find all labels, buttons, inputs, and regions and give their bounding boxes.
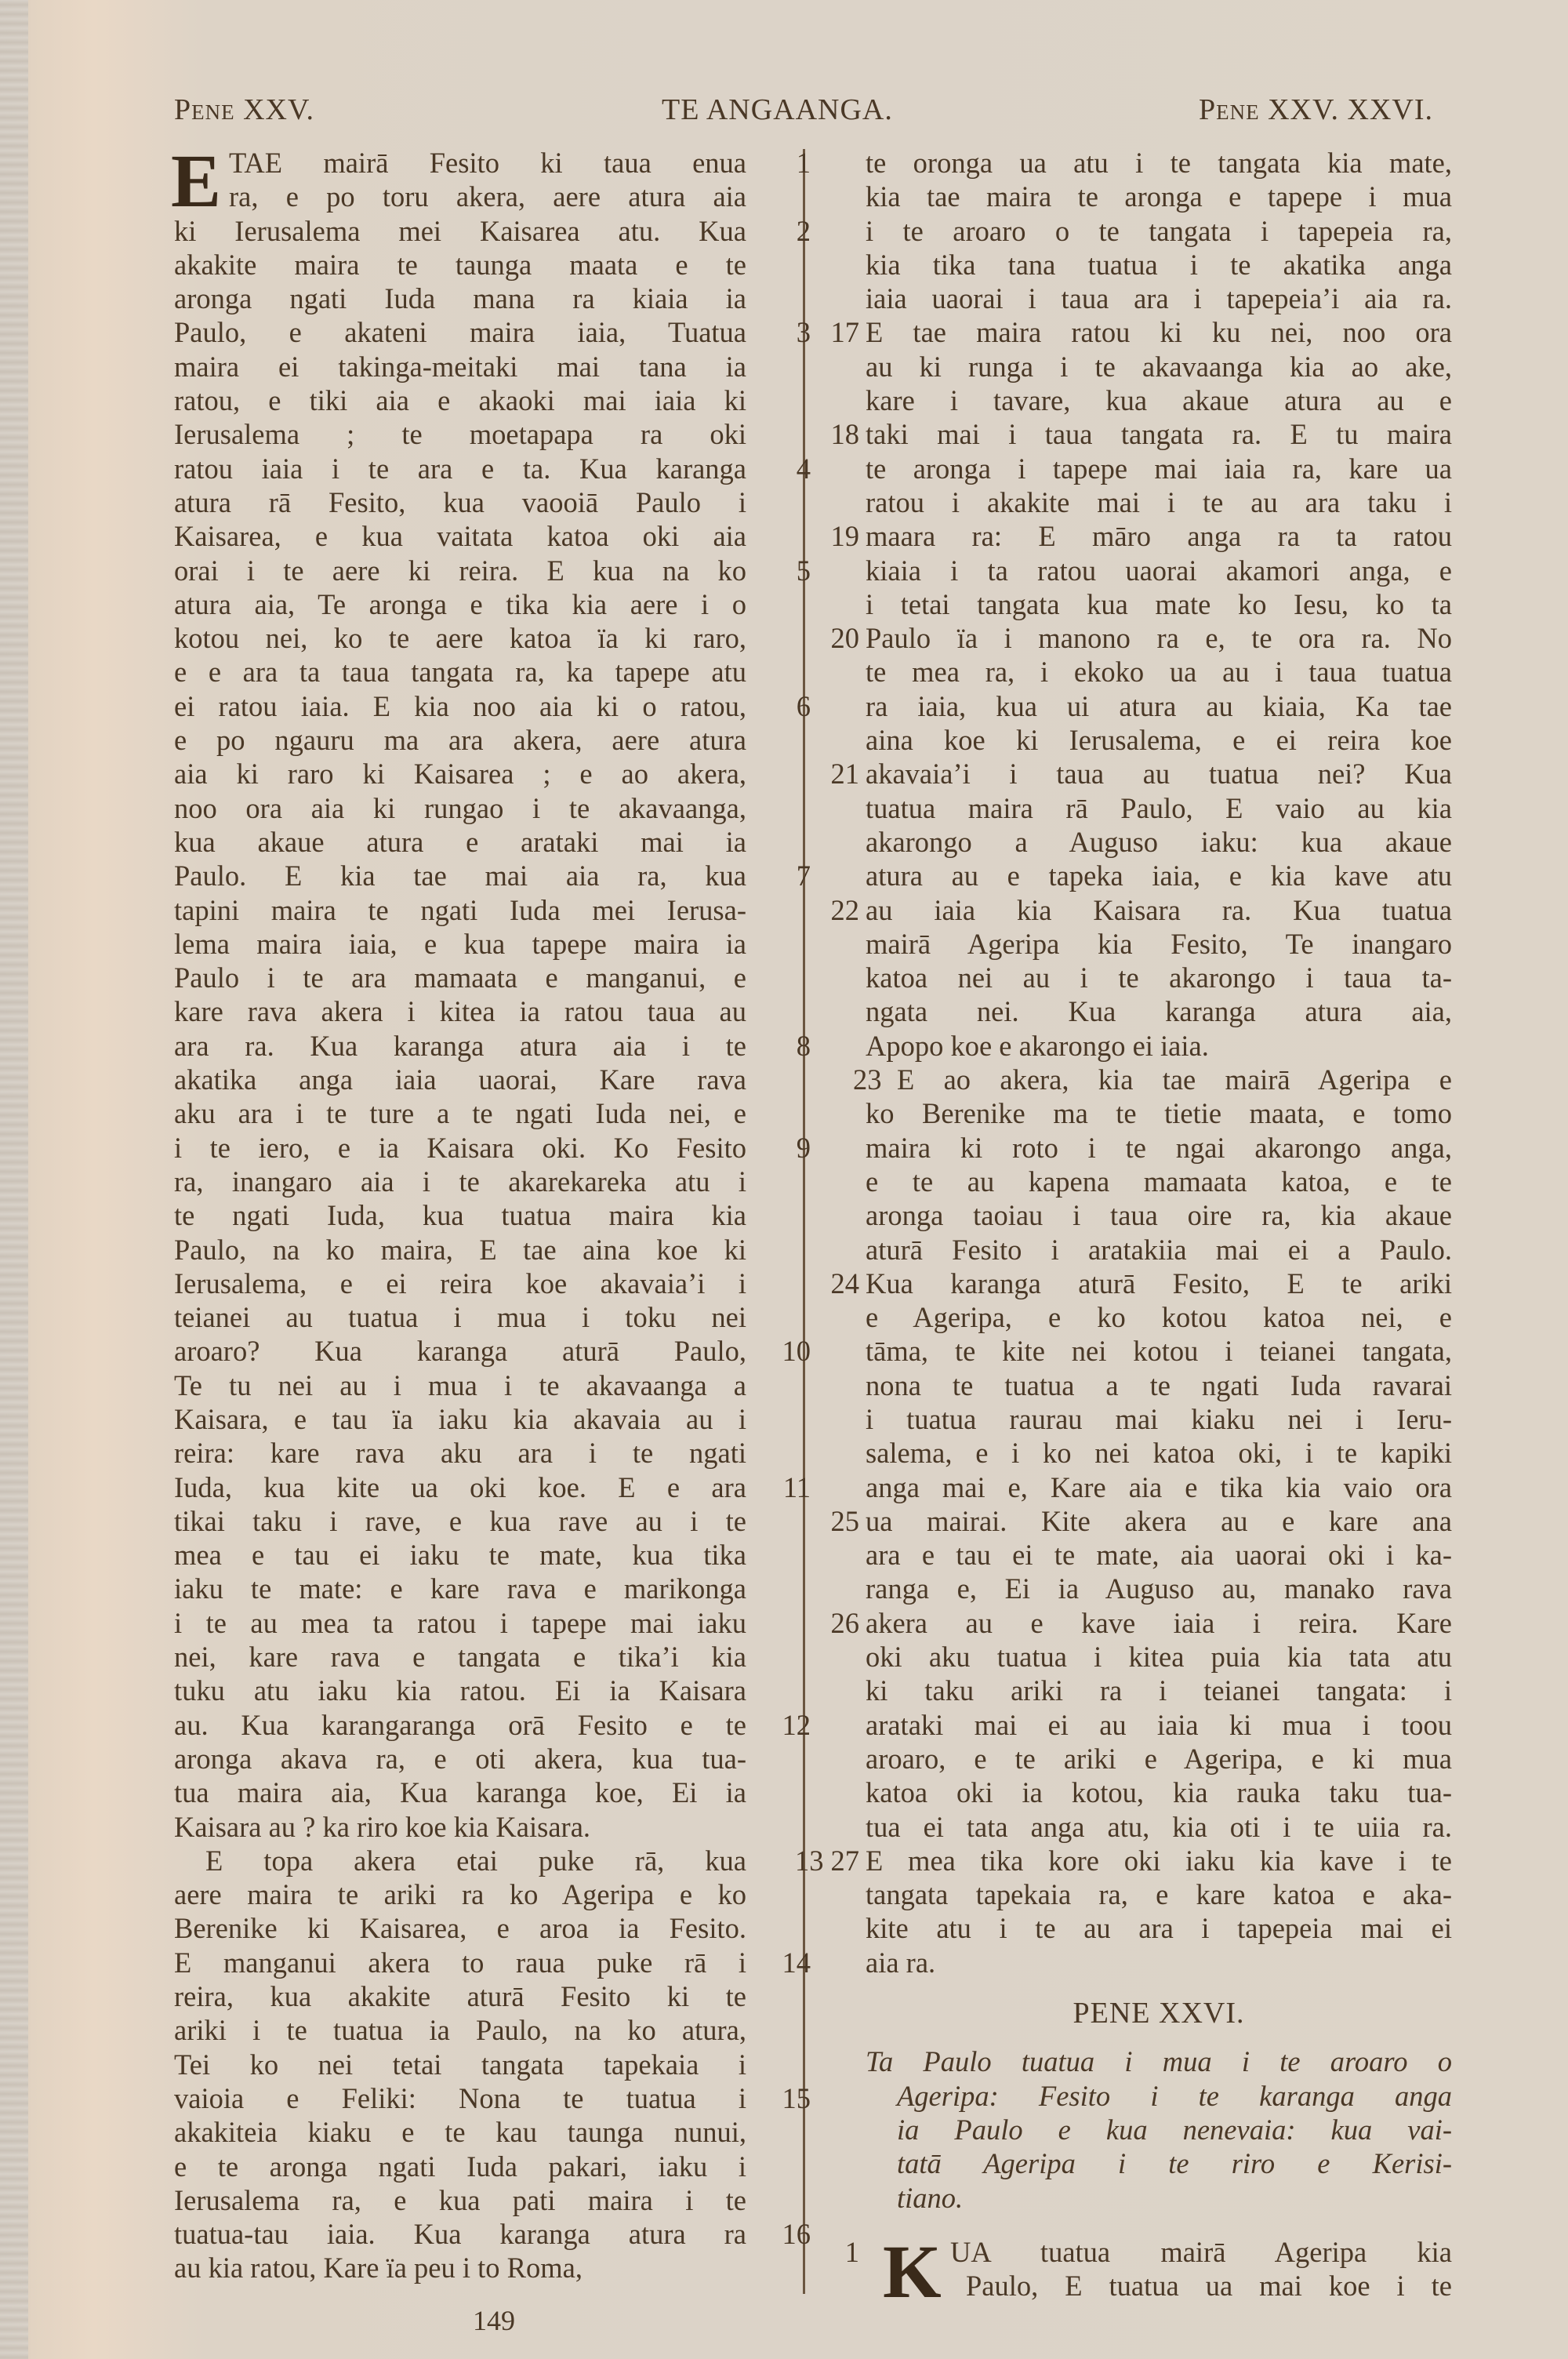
verse-number: 13 xyxy=(764,1844,811,1877)
line-text: ei ratou iaia. E kia noo aia ki o ratou, xyxy=(174,690,746,722)
line-text: akatika anga iaia uaorai, Kare rava xyxy=(174,1063,746,1096)
line-text: noo ora aia ki rungao i te akavaanga, xyxy=(174,792,746,824)
text-line: akakiteia kiaku e te kau taunga nunui, xyxy=(174,2115,746,2149)
line-text: akarongo a Auguso iaku: kua akaue xyxy=(866,826,1452,858)
line-text: e po ngauru ma ara akera, aere atura xyxy=(174,724,746,756)
line-text: e e ara ta taua tangata ra, ka tapepe at… xyxy=(174,656,746,688)
line-text: ngata nei. Kua karanga atura aia, xyxy=(866,995,1452,1027)
line-text: Ierusalema ; te moetapapa ra oki xyxy=(174,418,746,450)
text-line: Ierusalema, e ei reira koe akavaia’i i xyxy=(174,1267,746,1300)
verse-number: 18 xyxy=(822,417,859,451)
line-text: tuatua-tau iaia. Kua karanga atura ra xyxy=(174,2218,746,2250)
text-line: Iuda, kua kite ua oki koe. E e ara11 xyxy=(174,1470,746,1504)
line-text: aere maira te ariki ra ko Ageripa e ko xyxy=(174,1878,746,1910)
line-text: lema maira iaia, e kua tapepe maira ia xyxy=(174,928,746,960)
text-line: tua ei tata anga atu, kia oti i te uiia … xyxy=(833,1810,1452,1844)
line-text: aronga akava ra, e oti akera, kua tua- xyxy=(174,1743,746,1775)
line-text: E tae maira ratou ki ku nei, noo ora xyxy=(866,316,1452,348)
text-line: mairā Ageripa kia Fesito, Te inangaro xyxy=(833,927,1452,961)
text-line: i tuatua raurau mai kiaku nei i Ieru- xyxy=(833,1402,1452,1436)
line-text: arataki mai ei au iaia ki mua i toou xyxy=(866,1709,1452,1741)
text-line: ngata nei. Kua karanga atura aia, xyxy=(833,994,1452,1028)
text-line: e te au kapena mamaata katoa, e te xyxy=(833,1165,1452,1198)
text-line: Te tu nei au i mua i te akavaanga a xyxy=(174,1369,746,1402)
text-line: lema maira iaia, e kua tapepe maira ia xyxy=(174,927,746,961)
previous-page-edge xyxy=(0,0,28,2359)
text-line: ra iaia, kua ui atura au kiaia, Ka tae xyxy=(833,689,1452,723)
line-text: TAE mairā Fesito ki taua enua xyxy=(229,147,746,179)
verse-number: 23 xyxy=(822,1063,859,1096)
text-line: mea e tau ei iaku te mate, kua tika xyxy=(174,1538,746,1572)
line-text: Tei ko nei tetai tangata tapekaia i xyxy=(174,2048,746,2081)
chapter-heading: PENE XXVI. xyxy=(833,1997,1452,2030)
text-line: Ageripa: Fesito i te karanga anga xyxy=(833,2079,1452,2113)
verse-number: 7 xyxy=(764,859,811,892)
line-text: aturā Fesito i aratakiia mai ei a Paulo. xyxy=(866,1234,1452,1266)
text-line: e po ngauru ma ara akera, aere atura xyxy=(174,723,746,757)
text-line: reira: kare rava aku ara i te ngati xyxy=(174,1436,746,1470)
text-line: tāma, te kite nei kotou i teianei tangat… xyxy=(833,1334,1452,1368)
text-line: ara ra. Kua karanga atura aia i te8 xyxy=(174,1029,746,1063)
text-line: iaku te mate: e kare rava e marikonga xyxy=(174,1572,746,1605)
line-text: aronga ngati Iuda mana ra kiaia ia xyxy=(174,282,746,314)
text-line: te aronga i tapepe mai iaia ra, kare ua xyxy=(833,452,1452,485)
verse-number: 24 xyxy=(822,1267,859,1300)
text-line: kua akaue atura e arataki mai ia xyxy=(174,825,746,859)
line-text: UA tuatua mairā Ageripa kia xyxy=(950,2236,1452,2268)
text-line: tua maira aia, Kua karanga koe, Ei ia xyxy=(174,1776,746,1809)
verse-number: 1 xyxy=(822,2235,859,2269)
line-text: au kia ratou, Kare ïa peu i to Roma, xyxy=(174,2252,583,2284)
text-line: Paulo. E kia tae mai aia ra, kua7 xyxy=(174,859,746,892)
text-line: aturā Fesito i aratakiia mai ei a Paulo. xyxy=(833,1233,1452,1267)
text-line: Paulo, e akateni maira iaia, Tuatua3 xyxy=(174,315,746,349)
line-text: Kaisarea, e kua vaitata katoa oki aia xyxy=(174,520,746,552)
text-line: maara ra: E māro anga ra ta ratou19 xyxy=(833,519,1452,553)
line-text: akera au e kave iaia i reira. Kare xyxy=(866,1607,1452,1639)
text-line: E ao akera, kia tae mairā Ageripa e23 xyxy=(833,1063,1452,1096)
text-line: akatika anga iaia uaorai, Kare rava xyxy=(174,1063,746,1096)
text-line: au ki runga i te akavaanga kia ao ake, xyxy=(833,350,1452,383)
verse-number: 1 xyxy=(764,146,811,180)
line-text: oki aku tuatua i kitea puia kia tata atu xyxy=(866,1641,1452,1673)
text-line: Berenike ki Kaisarea, e aroa ia Fesito. xyxy=(174,1911,746,1945)
running-head-right: Pene XXV. XXVI. xyxy=(1199,93,1433,127)
line-text: Berenike ki Kaisarea, e aroa ia Fesito. xyxy=(174,1912,746,1944)
text-line: katoa nei au i te akarongo i taua ta- xyxy=(833,961,1452,994)
text-line: Kaisara au ? ka riro koe kia Kaisara. xyxy=(174,1810,746,1844)
line-text: reira: kare rava aku ara i te ngati xyxy=(174,1437,746,1469)
text-line: kiaia i ta ratou uaorai akamori anga, e xyxy=(833,554,1452,587)
line-text: maara ra: E māro anga ra ta ratou xyxy=(866,520,1452,552)
text-line: kare i tavare, kua akaue atura au e xyxy=(833,383,1452,417)
verse-number: 21 xyxy=(822,757,859,791)
line-text: kare i tavare, kua akaue atura au e xyxy=(866,384,1452,416)
verse-number: 20 xyxy=(822,621,859,655)
line-text: Apopo koe e akarongo ei iaia. xyxy=(866,1030,1209,1062)
line-text: nona te tuatua a te ngati Iuda ravarai xyxy=(866,1369,1452,1401)
line-text: Iuda, kua kite ua oki koe. E e ara xyxy=(174,1471,746,1503)
verse-number: 3 xyxy=(764,315,811,349)
text-line: kotou nei, ko te aere katoa ïa ki raro, xyxy=(174,621,746,655)
verse-number: 16 xyxy=(764,2217,811,2251)
line-text: Ierusalema ra, e kua pati maira i te xyxy=(174,2184,746,2216)
text-line: salema, e i ko nei katoa oki, i te kapik… xyxy=(833,1436,1452,1470)
line-text: e Ageripa, e ko kotou katoa nei, e xyxy=(866,1301,1452,1333)
text-line: akavaia’i i taua au tuatua nei? Kua21 xyxy=(833,757,1452,791)
text-line: noo ora aia ki rungao i te akavaanga, xyxy=(174,791,746,825)
line-text: ra iaia, kua ui atura au kiaia, Ka tae xyxy=(866,690,1452,722)
text-line: Ta Paulo tuatua i mua i te aroaro o xyxy=(833,2045,1452,2078)
line-text: ranga e, Ei ia Auguso au, manako rava xyxy=(866,1572,1452,1605)
line-text: tuku atu iaku kia ratou. Ei ia Kaisara xyxy=(174,1674,746,1707)
text-line: au. Kua karangaranga orā Fesito e te12 xyxy=(174,1708,746,1742)
line-text: ia Paulo e kua nenevaia: kua vai- xyxy=(897,2114,1452,2146)
line-text: ratou i akakite mai i te au ara taku i xyxy=(866,486,1452,518)
text-line: E topa akera etai puke rā, kua13 xyxy=(174,1844,746,1877)
line-text: atura au e tapeka iaia, e kia kave atu xyxy=(866,860,1452,892)
text-line: oki aku tuatua i kitea puia kia tata atu xyxy=(833,1640,1452,1674)
line-text: aronga taoiau i taua oire ra, kia akaue xyxy=(866,1199,1452,1231)
line-text: te oronga ua atu i te tangata kia mate, xyxy=(866,147,1452,179)
line-text: kite atu i te au ara i tapepeia mai ei xyxy=(866,1912,1452,1944)
line-text: iaia uaorai i taua ara i tapepeia’i aia … xyxy=(866,282,1452,314)
text-line: tapini maira te ngati Iuda mei Ierusa- xyxy=(174,893,746,927)
line-text: tikai taku i rave, e kua rave au i te xyxy=(174,1505,746,1537)
line-text: ki Ierusalema mei Kaisarea atu. Kua xyxy=(174,215,746,247)
text-line: tuku atu iaku kia ratou. Ei ia Kaisara xyxy=(174,1674,746,1707)
line-text: kare rava akera i kitea ia ratou taua au xyxy=(174,995,746,1027)
line-text: aia ki raro ki Kaisarea ; e ao akera, xyxy=(174,758,746,790)
line-text: kotou nei, ko te aere katoa ïa ki raro, xyxy=(174,622,746,654)
text-line: e Ageripa, e ko kotou katoa nei, e xyxy=(833,1300,1452,1334)
left-column: ETAE mairā Fesito ki taua enua1ra, e po … xyxy=(174,146,746,2285)
text-line: ra, e po toru akera, aere atura aia xyxy=(174,180,746,213)
text-line: anga mai e, Kare aia e tika kia vaio ora xyxy=(833,1470,1452,1504)
line-text: tua ei tata anga atu, kia oti i te uiia … xyxy=(866,1811,1452,1843)
line-text: kiaia i ta ratou uaorai akamori anga, e xyxy=(866,554,1452,587)
line-text: au. Kua karangaranga orā Fesito e te xyxy=(174,1709,746,1741)
line-text: ua mairai. Kite akera au e kare ana xyxy=(866,1505,1452,1537)
text-line: katoa oki ia kotou, kia rauka taku tua- xyxy=(833,1776,1452,1809)
line-text: atura rā Fesito, kua vaooiā Paulo i xyxy=(174,486,746,518)
text-line: maira ki roto i te ngai akarongo anga, xyxy=(833,1131,1452,1165)
right-column: te oronga ua atu i te tangata kia mate,k… xyxy=(833,146,1452,2303)
line-text: iaku te mate: e kare rava e marikonga xyxy=(174,1572,746,1605)
text-line: ki Ierusalema mei Kaisarea atu. Kua2 xyxy=(174,214,746,248)
line-text: orai i te aere ki reira. E kua na ko xyxy=(174,554,746,587)
text-line: Ierusalema ra, e kua pati maira i te xyxy=(174,2183,746,2217)
line-text: ratou iaia i te ara e ta. Kua karanga xyxy=(174,453,746,485)
line-text: salema, e i ko nei katoa oki, i te kapik… xyxy=(866,1437,1452,1469)
line-text: ko Berenike ma te tietie maata, e tomo xyxy=(866,1097,1452,1129)
text-line: ariki i te tuatua ia Paulo, na ko atura, xyxy=(174,2013,746,2047)
line-text: maira ei takinga-meitaki mai tana ia xyxy=(174,351,746,383)
text-line: E tae maira ratou ki ku nei, noo ora17 xyxy=(833,315,1452,349)
text-line: aina koe ki Ierusalema, e ei reira koe xyxy=(833,723,1452,757)
verse-number: 4 xyxy=(764,452,811,485)
text-line: ia Paulo e kua nenevaia: kua vai- xyxy=(833,2113,1452,2146)
text-line: Paulo ïa i manono ra e, te ora ra. No20 xyxy=(833,621,1452,655)
text-line: aroaro, e te ariki e Ageripa, e ki mua xyxy=(833,1742,1452,1776)
text-line: UA tuatua mairā Ageripa kia1 xyxy=(833,2235,1452,2269)
text-line: ratou i akakite mai i te au ara taku i xyxy=(833,485,1452,519)
text-line: atura aia, Te aronga e tika kia aere i o xyxy=(174,587,746,621)
text-line: Apopo koe e akarongo ei iaia. xyxy=(833,1029,1452,1063)
text-line: aronga akava ra, e oti akera, kua tua- xyxy=(174,1742,746,1776)
text-line: i te aroaro o te tangata i tapepeia ra, xyxy=(833,214,1452,248)
text-line: te mea ra, i ekoko ua au i taua tuatua xyxy=(833,655,1452,689)
text-line: tuatua-tau iaia. Kua karanga atura ra16 xyxy=(174,2217,746,2251)
line-text: te mea ra, i ekoko ua au i taua tuatua xyxy=(866,656,1452,688)
text-line: Paulo, na ko maira, E tae aina koe ki xyxy=(174,1233,746,1267)
line-text: akakite maira te taunga maata e te xyxy=(174,249,746,281)
verse-number: 5 xyxy=(764,554,811,587)
line-text: nei, kare rava e tangata e tika’i kia xyxy=(174,1641,746,1673)
line-text: au ki runga i te akavaanga kia ao ake, xyxy=(866,351,1452,383)
text-line: e e ara ta taua tangata ra, ka tapepe at… xyxy=(174,655,746,689)
verse-number: 8 xyxy=(764,1029,811,1063)
line-text: aina koe ki Ierusalema, e ei reira koe xyxy=(866,724,1452,756)
line-text: i tetai tangata kua mate ko Iesu, ko ta xyxy=(866,588,1452,620)
text-line: au kia ratou, Kare ïa peu i to Roma, xyxy=(174,2251,746,2284)
text-line: aere maira te ariki ra ko Ageripa e ko xyxy=(174,1877,746,1911)
line-text: reira, kua akakite aturā Fesito ki te xyxy=(174,1980,746,2012)
line-text: mea e tau ei iaku te mate, kua tika xyxy=(174,1539,746,1571)
line-text: anga mai e, Kare aia e tika kia vaio ora xyxy=(866,1471,1452,1503)
line-text: Paulo ïa i manono ra e, te ora ra. No xyxy=(866,622,1452,654)
text-line: kia tika tana tuatua i te akatika anga xyxy=(833,248,1452,282)
line-text: ara e tau ei te mate, aia uaorai oki i k… xyxy=(866,1539,1452,1571)
text-line: tuatua maira rā Paulo, E vaio au kia xyxy=(833,791,1452,825)
verse-number: 26 xyxy=(822,1606,859,1640)
text-line: Tei ko nei tetai tangata tapekaia i xyxy=(174,2048,746,2081)
line-text: ara ra. Kua karanga atura aia i te xyxy=(174,1030,746,1062)
line-text: i te iero, e ia Kaisara oki. Ko Fesito xyxy=(174,1132,746,1164)
text-line: akarongo a Auguso iaku: kua akaue xyxy=(833,825,1452,859)
text-line: ranga e, Ei ia Auguso au, manako rava xyxy=(833,1572,1452,1605)
line-text: Paulo, na ko maira, E tae aina koe ki xyxy=(174,1234,746,1266)
text-line: arataki mai ei au iaia ki mua i toou xyxy=(833,1708,1452,1742)
text-line: atura rā Fesito, kua vaooiā Paulo i xyxy=(174,485,746,519)
text-line: tiano. xyxy=(833,2181,1452,2215)
verse-number: 14 xyxy=(764,1946,811,1979)
text-line: i te iero, e ia Kaisara oki. Ko Fesito9 xyxy=(174,1131,746,1165)
line-text: Paulo. E kia tae mai aia ra, kua xyxy=(174,860,746,892)
line-text: aia ra. xyxy=(866,1946,935,1979)
line-text: aroaro? Kua karanga aturā Paulo, xyxy=(174,1335,746,1367)
verse-number: 6 xyxy=(764,689,811,723)
line-text: Paulo i te ara mamaata e manganui, e xyxy=(174,961,746,994)
verse-number: 15 xyxy=(764,2081,811,2115)
line-text: tāma, te kite nei kotou i teianei tangat… xyxy=(866,1335,1452,1367)
line-text: Kaisara au ? ka riro koe kia Kaisara. xyxy=(174,1811,590,1843)
line-text: Paulo, e akateni maira iaia, Tuatua xyxy=(174,316,746,348)
text-line: E manganui akera to raua puke rā i14 xyxy=(174,1946,746,1979)
line-text: atura aia, Te aronga e tika kia aere i o xyxy=(174,588,746,620)
line-text: Kaisara, e tau ïa iaku kia akavaia au i xyxy=(174,1403,746,1435)
page-number: 149 xyxy=(447,2304,541,2337)
line-text: PENE XXVI. xyxy=(1073,1997,1245,2030)
line-text: akakiteia kiaku e te kau taunga nunui, xyxy=(174,2116,746,2148)
chapter-summary: Ta Paulo tuatua i mua i te aroaro oAgeri… xyxy=(833,2045,1452,2214)
line-text: maira ki roto i te ngai akarongo anga, xyxy=(866,1132,1452,1164)
line-text: Ierusalema, e ei reira koe akavaia’i i xyxy=(174,1267,746,1299)
text-line: aku ara i te ture a te ngati Iuda nei, e xyxy=(174,1096,746,1130)
line-text: Te tu nei au i mua i te akavaanga a xyxy=(174,1369,746,1401)
line-text: E ao akera, kia tae mairā Ageripa e xyxy=(897,1063,1452,1096)
text-line: aronga taoiau i taua oire ra, kia akaue xyxy=(833,1198,1452,1232)
text-line: maira ei takinga-meitaki mai tana ia xyxy=(174,350,746,383)
line-text: mairā Ageripa kia Fesito, Te inangaro xyxy=(866,928,1452,960)
text-line: tangata tapekaia ra, e kare katoa e aka- xyxy=(833,1877,1452,1911)
verse-number: 17 xyxy=(822,315,859,349)
verse-number: 9 xyxy=(764,1131,811,1165)
text-line: tikai taku i rave, e kua rave au i te xyxy=(174,1504,746,1538)
text-line: ei ratou iaia. E kia noo aia ki o ratou,… xyxy=(174,689,746,723)
line-text: Kua karanga aturā Fesito, E te ariki xyxy=(866,1267,1452,1299)
text-line: iaia uaorai i taua ara i tapepeia’i aia … xyxy=(833,282,1452,315)
text-line: akakite maira te taunga maata e te xyxy=(174,248,746,282)
text-line: reira, kua akakite aturā Fesito ki te xyxy=(174,1979,746,2013)
verse-number: 19 xyxy=(822,519,859,553)
text-line: nona te tuatua a te ngati Iuda ravarai xyxy=(833,1369,1452,1402)
text-line: Kaisara, e tau ïa iaku kia akavaia au i xyxy=(174,1402,746,1436)
running-head: Pene XXV. TE ANGAANGA. Pene XXV. XXVI. xyxy=(174,93,1433,132)
line-text: Ta Paulo tuatua i mua i te aroaro o xyxy=(866,2045,1452,2077)
text-line: i te au mea ta ratou i tapepe mai iaku xyxy=(174,1606,746,1640)
text-line: aroaro? Kua karanga aturā Paulo,10 xyxy=(174,1334,746,1368)
text-line: ko Berenike ma te tietie maata, e tomo xyxy=(833,1096,1452,1130)
line-text: E topa akera etai puke rā, kua xyxy=(205,1845,746,1877)
line-text: i te au mea ta ratou i tapepe mai iaku xyxy=(174,1607,746,1639)
line-text: vaioia e Feliki: Nona te tuatua i xyxy=(174,2082,746,2114)
verse-number: 12 xyxy=(764,1708,811,1742)
text-line: Ierusalema ; te moetapapa ra oki xyxy=(174,417,746,451)
text-line: ratou iaia i te ara e ta. Kua karanga4 xyxy=(174,452,746,485)
text-line: kite atu i te au ara i tapepeia mai ei xyxy=(833,1911,1452,1945)
text-line: tatā Ageripa i te riro e Kerisi- xyxy=(833,2146,1452,2180)
verse-number: 22 xyxy=(822,893,859,927)
line-text: aku ara i te ture a te ngati Iuda nei, e xyxy=(174,1097,746,1129)
line-text: E manganui akera to raua puke rā i xyxy=(174,1946,746,1979)
line-text: tapini maira te ngati Iuda mei Ierusa- xyxy=(174,894,746,926)
verse-number: 10 xyxy=(764,1334,811,1368)
text-line: au iaia kia Kaisara ra. Kua tuatua22 xyxy=(833,893,1452,927)
text-line: atura au e tapeka iaia, e kia kave atu xyxy=(833,859,1452,892)
line-text: ra, e po toru akera, aere atura aia xyxy=(229,180,746,213)
line-text: aroaro, e te ariki e Ageripa, e ki mua xyxy=(866,1743,1452,1775)
text-line: ra, inangaro aia i te akarekareka atu i xyxy=(174,1165,746,1198)
line-text: katoa nei au i te akarongo i taua ta- xyxy=(866,961,1452,994)
line-text: te aronga i tapepe mai iaia ra, kare ua xyxy=(866,453,1452,485)
line-text: teianei au tuatua i mua i toku nei xyxy=(174,1301,746,1333)
text-line: ua mairai. Kite akera au e kare ana25 xyxy=(833,1504,1452,1538)
text-line: aia ki raro ki Kaisarea ; e ao akera, xyxy=(174,757,746,791)
text-line: i tetai tangata kua mate ko Iesu, ko ta xyxy=(833,587,1452,621)
text-line: TAE mairā Fesito ki taua enua1 xyxy=(174,146,746,180)
verse-number: 25 xyxy=(822,1504,859,1538)
line-text: te ngati Iuda, kua tuatua maira kia xyxy=(174,1199,746,1231)
text-line: teianei au tuatua i mua i toku nei xyxy=(174,1300,746,1334)
text-line: ki taku ariki ra i teianei tangata: i xyxy=(833,1674,1452,1707)
text-line: Kaisarea, e kua vaitata katoa oki aia xyxy=(174,519,746,553)
line-text: katoa oki ia kotou, kia rauka taku tua- xyxy=(866,1776,1452,1808)
line-text: akavaia’i i taua au tuatua nei? Kua xyxy=(866,758,1452,790)
text-line: vaioia e Feliki: Nona te tuatua i15 xyxy=(174,2081,746,2115)
line-text: e te au kapena mamaata katoa, e te xyxy=(866,1165,1452,1198)
line-text: tua maira aia, Kua karanga koe, Ei ia xyxy=(174,1776,746,1808)
text-line: akera au e kave iaia i reira. Kare26 xyxy=(833,1606,1452,1640)
verse-number: 27 xyxy=(822,1844,859,1877)
line-text: ariki i te tuatua ia Paulo, na ko atura, xyxy=(174,2014,746,2046)
text-line: kare rava akera i kitea ia ratou taua au xyxy=(174,994,746,1028)
text-line: kia tae maira te aronga e tapepe i mua xyxy=(833,180,1452,213)
line-text: taki mai i taua tangata ra. E tu maira xyxy=(866,418,1452,450)
line-text: ratou, e tiki aia e akaoki mai iaia ki xyxy=(174,384,746,416)
line-text: kua akaue atura e arataki mai ia xyxy=(174,826,746,858)
text-line: nei, kare rava e tangata e tika’i kia xyxy=(174,1640,746,1674)
line-text: e te aronga ngati Iuda pakari, iaku i xyxy=(174,2150,746,2183)
text-line: Kua karanga aturā Fesito, E te ariki24 xyxy=(833,1267,1452,1300)
book-page: Pene XXV. TE ANGAANGA. Pene XXV. XXVI. E… xyxy=(0,0,1568,2359)
text-line: taki mai i taua tangata ra. E tu maira18 xyxy=(833,417,1452,451)
text-line: ratou, e tiki aia e akaoki mai iaia ki xyxy=(174,383,746,417)
line-text: tangata tapekaia ra, e kare katoa e aka- xyxy=(866,1878,1452,1910)
text-line: E mea tika kore oki iaku kia kave i te27 xyxy=(833,1844,1452,1877)
line-text: Ageripa: Fesito i te karanga anga xyxy=(897,2080,1452,2112)
text-line: te oronga ua atu i te tangata kia mate, xyxy=(833,146,1452,180)
line-text: ra, inangaro aia i te akarekareka atu i xyxy=(174,1165,746,1198)
text-line: orai i te aere ki reira. E kua na ko5 xyxy=(174,554,746,587)
line-text: i te aroaro o te tangata i tapepeia ra, xyxy=(866,215,1452,247)
line-text: kia tae maira te aronga e tapepe i mua xyxy=(866,180,1452,213)
running-head-title: TE ANGAANGA. xyxy=(662,93,893,127)
text-line: te ngati Iuda, kua tuatua maira kia xyxy=(174,1198,746,1232)
running-head-left: Pene XXV. xyxy=(174,93,314,127)
text-line: aronga ngati Iuda mana ra kiaia ia xyxy=(174,282,746,315)
line-text: ki taku ariki ra i teianei tangata: i xyxy=(866,1674,1452,1707)
line-text: Paulo, E tuatua ua mai koe i te xyxy=(966,2270,1452,2302)
line-text: kia tika tana tuatua i te akatika anga xyxy=(866,249,1452,281)
text-line: ara e tau ei te mate, aia uaorai oki i k… xyxy=(833,1538,1452,1572)
line-text: E mea tika kore oki iaku kia kave i te xyxy=(866,1845,1452,1877)
text-line: Paulo, E tuatua ua mai koe i te xyxy=(833,2269,1452,2303)
line-text: au iaia kia Kaisara ra. Kua tuatua xyxy=(866,894,1452,926)
text-line: e te aronga ngati Iuda pakari, iaku i xyxy=(174,2150,746,2183)
line-text: tatā Ageripa i te riro e Kerisi- xyxy=(897,2147,1452,2179)
text-line: aia ra. xyxy=(833,1946,1452,1979)
chapter-start: KUA tuatua mairā Ageripa kia1Paulo, E tu… xyxy=(833,2235,1452,2303)
line-text: tiano. xyxy=(897,2182,963,2214)
text-line: Paulo i te ara mamaata e manganui, e xyxy=(174,961,746,994)
verse-number: 2 xyxy=(764,214,811,248)
line-text: tuatua maira rā Paulo, E vaio au kia xyxy=(866,792,1452,824)
verse-number: 11 xyxy=(764,1470,811,1504)
line-text: i tuatua raurau mai kiaku nei i Ieru- xyxy=(866,1403,1452,1435)
